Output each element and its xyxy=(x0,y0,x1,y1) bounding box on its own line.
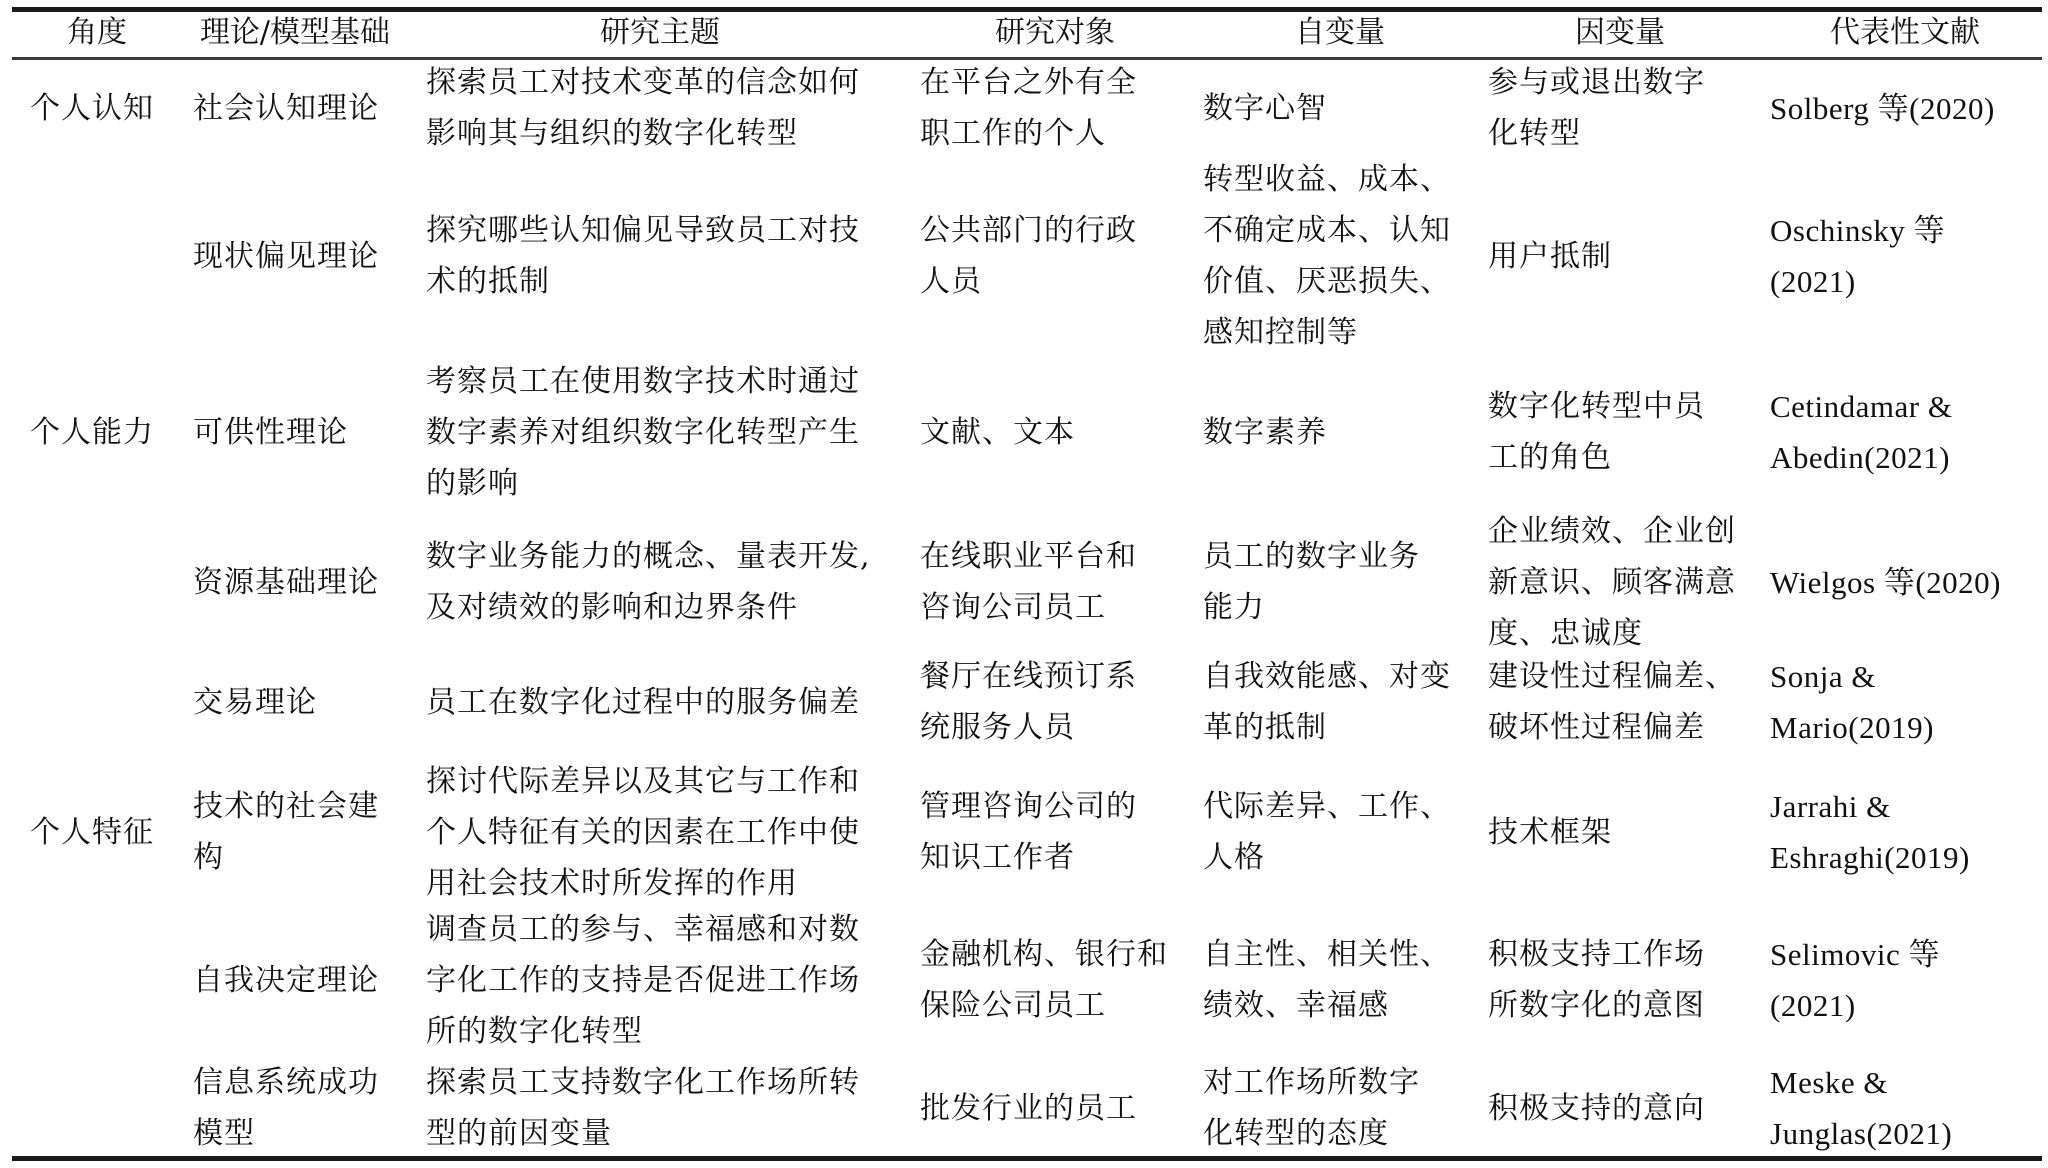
cell-line: 模型 xyxy=(193,1108,379,1159)
cell-line: 信息系统成功 xyxy=(193,1057,379,1108)
cell-dependent-variable: 建设性过程偏差、破坏性过程偏差 xyxy=(1488,651,1736,753)
cell-line: Sonja & xyxy=(1770,651,1934,702)
cell-line: Abedin(2021) xyxy=(1770,432,1952,483)
cell-line: 参与或退出数字 xyxy=(1488,57,1705,108)
cell-line: Meske & xyxy=(1770,1057,1952,1108)
cell-line: 探索员工支持数字化工作场所转 xyxy=(426,1057,860,1108)
cell-line: Jarrahi & xyxy=(1770,781,1970,832)
cell-line: 技术框架 xyxy=(1488,807,1612,858)
cell-line: Mario(2019) xyxy=(1770,702,1934,753)
cell-line: 价值、厌恶损失、 xyxy=(1203,256,1451,307)
cell-line: 人格 xyxy=(1203,832,1451,883)
header-iv: 自变量 xyxy=(1200,8,1480,58)
cell-line: 所的数字化转型 xyxy=(426,1006,860,1057)
cell-perspective: 个人认知 xyxy=(30,83,154,134)
cell-independent-variable: 自主性、相关性、绩效、幸福感 xyxy=(1203,929,1451,1031)
cell-line: 在平台之外有全 xyxy=(920,57,1137,108)
cell-line: 所数字化的意图 xyxy=(1488,980,1705,1031)
cell-line: 化转型的态度 xyxy=(1203,1108,1420,1159)
cell-line: 探究哪些认知偏见导致员工对技 xyxy=(426,205,860,256)
cell-subject: 管理咨询公司的知识工作者 xyxy=(920,781,1137,883)
cell-line: 探讨代际差异以及其它与工作和 xyxy=(426,756,860,807)
cell-line: 现状偏见理论 xyxy=(193,231,379,282)
cell-topic: 员工在数字化过程中的服务偏差 xyxy=(426,677,860,728)
cell-line: 保险公司员工 xyxy=(920,980,1168,1031)
cell-line: 能力 xyxy=(1203,582,1420,633)
cell-line: 职工作的个人 xyxy=(920,108,1137,159)
cell-line: Oschinsky 等 xyxy=(1770,205,1945,256)
cell-line: 技术的社会建 xyxy=(193,781,379,832)
cell-line: 自我决定理论 xyxy=(193,955,379,1006)
cell-subject: 批发行业的员工 xyxy=(920,1083,1137,1134)
cell-line: 文献、文本 xyxy=(920,407,1075,458)
cell-topic: 探索员工支持数字化工作场所转型的前因变量 xyxy=(426,1057,860,1159)
cell-perspective: 个人特征 xyxy=(30,807,154,858)
cell-line: 餐厅在线预订系 xyxy=(920,651,1137,702)
cell-line: 管理咨询公司的 xyxy=(920,781,1137,832)
cell-independent-variable: 员工的数字业务能力 xyxy=(1203,531,1420,633)
cell-line: 交易理论 xyxy=(193,677,317,728)
cell-line: 员工在数字化过程中的服务偏差 xyxy=(426,677,860,728)
cell-topic: 探讨代际差异以及其它与工作和个人特征有关的因素在工作中使用社会技术时所发挥的作用 xyxy=(426,756,860,909)
cell-reference: Cetindamar &Abedin(2021) xyxy=(1770,381,1952,483)
cell-line: 个人能力 xyxy=(30,407,154,458)
cell-line: 工的角色 xyxy=(1488,432,1705,483)
cell-line: 可供性理论 xyxy=(193,407,348,458)
cell-line: (2021) xyxy=(1770,256,1945,307)
cell-line: 影响其与组织的数字化转型 xyxy=(426,108,860,159)
header-dv: 因变量 xyxy=(1480,8,1760,58)
cell-dependent-variable: 积极支持的意向 xyxy=(1488,1083,1705,1134)
cell-line: 咨询公司员工 xyxy=(920,582,1137,633)
cell-line: 员工的数字业务 xyxy=(1203,531,1420,582)
cell-line: 自我效能感、对变 xyxy=(1203,651,1451,702)
cell-theory: 技术的社会建构 xyxy=(193,781,379,883)
cell-subject: 在平台之外有全职工作的个人 xyxy=(920,57,1137,159)
cell-line: 建设性过程偏差、 xyxy=(1488,651,1736,702)
cell-line: 考察员工在使用数字技术时通过 xyxy=(426,356,860,407)
cell-line: 数字业务能力的概念、量表开发, xyxy=(426,531,871,582)
cell-line: 金融机构、银行和 xyxy=(920,929,1168,980)
cell-line: 新意识、顾客满意 xyxy=(1488,557,1736,608)
cell-independent-variable: 数字素养 xyxy=(1203,407,1327,458)
cell-subject: 在线职业平台和咨询公司员工 xyxy=(920,531,1137,633)
cell-independent-variable: 自我效能感、对变革的抵制 xyxy=(1203,651,1451,753)
cell-line: 用社会技术时所发挥的作用 xyxy=(426,858,860,909)
cell-line: 在线职业平台和 xyxy=(920,531,1137,582)
cell-line: 化转型 xyxy=(1488,108,1705,159)
cell-line: 数字心智 xyxy=(1203,83,1327,134)
cell-dependent-variable: 数字化转型中员工的角色 xyxy=(1488,381,1705,483)
cell-topic: 调查员工的参与、幸福感和对数字化工作的支持是否促进工作场所的数字化转型 xyxy=(426,904,860,1057)
cell-theory: 资源基础理论 xyxy=(193,557,379,608)
cell-dependent-variable: 用户抵制 xyxy=(1488,231,1612,282)
cell-topic: 探索员工对技术变革的信念如何影响其与组织的数字化转型 xyxy=(426,57,860,159)
cell-reference: Meske &Junglas(2021) xyxy=(1770,1057,1952,1159)
cell-line: 公共部门的行政 xyxy=(920,205,1137,256)
cell-perspective: 个人能力 xyxy=(30,407,154,458)
cell-topic: 考察员工在使用数字技术时通过数字素养对组织数字化转型产生的影响 xyxy=(426,356,860,509)
cell-line: Selimovic 等 xyxy=(1770,929,1940,980)
cell-subject: 金融机构、银行和保险公司员工 xyxy=(920,929,1168,1031)
cell-topic: 数字业务能力的概念、量表开发,及对绩效的影响和边界条件 xyxy=(426,531,871,633)
cell-reference: Selimovic 等(2021) xyxy=(1770,929,1940,1031)
header-topic: 研究主题 xyxy=(420,8,900,58)
cell-dependent-variable: 积极支持工作场所数字化的意图 xyxy=(1488,929,1705,1031)
cell-line: 的影响 xyxy=(426,458,860,509)
cell-line: 用户抵制 xyxy=(1488,231,1612,282)
cell-line: 绩效、幸福感 xyxy=(1203,980,1451,1031)
header-perspective: 角度 xyxy=(22,8,172,58)
cell-line: 资源基础理论 xyxy=(193,557,379,608)
cell-subject: 文献、文本 xyxy=(920,407,1075,458)
cell-line: 统服务人员 xyxy=(920,702,1137,753)
cell-subject: 公共部门的行政人员 xyxy=(920,205,1137,307)
cell-reference: Jarrahi &Eshraghi(2019) xyxy=(1770,781,1970,883)
cell-line: 个人特征有关的因素在工作中使 xyxy=(426,807,860,858)
cell-line: 字化工作的支持是否促进工作场 xyxy=(426,955,860,1006)
cell-independent-variable: 转型收益、成本、不确定成本、认知价值、厌恶损失、感知控制等 xyxy=(1203,154,1451,358)
cell-line: Junglas(2021) xyxy=(1770,1108,1952,1159)
cell-line: 调查员工的参与、幸福感和对数 xyxy=(426,904,860,955)
cell-line: 社会认知理论 xyxy=(193,83,379,134)
cell-line: 转型收益、成本、 xyxy=(1203,154,1451,205)
cell-line: Eshraghi(2019) xyxy=(1770,832,1970,883)
cell-independent-variable: 数字心智 xyxy=(1203,83,1327,134)
header-subject: 研究对象 xyxy=(915,8,1195,58)
cell-line: 不确定成本、认知 xyxy=(1203,205,1451,256)
cell-theory: 现状偏见理论 xyxy=(193,231,379,282)
cell-dependent-variable: 企业绩效、企业创新意识、顾客满意度、忠诚度 xyxy=(1488,506,1736,659)
cell-reference: Solberg 等(2020) xyxy=(1770,83,1995,134)
cell-line: 破坏性过程偏差 xyxy=(1488,702,1736,753)
cell-line: 数字素养 xyxy=(1203,407,1327,458)
cell-line: 及对绩效的影响和边界条件 xyxy=(426,582,871,633)
cell-line: 术的抵制 xyxy=(426,256,860,307)
cell-line: 自主性、相关性、 xyxy=(1203,929,1451,980)
cell-reference: Sonja &Mario(2019) xyxy=(1770,651,1934,753)
cell-independent-variable: 对工作场所数字化转型的态度 xyxy=(1203,1057,1420,1159)
cell-theory: 自我决定理论 xyxy=(193,955,379,1006)
cell-line: Wielgos 等(2020) xyxy=(1770,557,2001,608)
cell-line: Solberg 等(2020) xyxy=(1770,83,1995,134)
cell-theory: 社会认知理论 xyxy=(193,83,379,134)
cell-line: 企业绩效、企业创 xyxy=(1488,506,1736,557)
cell-line: 积极支持的意向 xyxy=(1488,1083,1705,1134)
cell-subject: 餐厅在线预订系统服务人员 xyxy=(920,651,1137,753)
cell-line: 数字化转型中员 xyxy=(1488,381,1705,432)
cell-theory: 可供性理论 xyxy=(193,407,348,458)
cell-reference: Oschinsky 等(2021) xyxy=(1770,205,1945,307)
cell-topic: 探究哪些认知偏见导致员工对技术的抵制 xyxy=(426,205,860,307)
cell-line: 感知控制等 xyxy=(1203,307,1451,358)
cell-reference: Wielgos 等(2020) xyxy=(1770,557,2001,608)
cell-line: 数字素养对组织数字化转型产生 xyxy=(426,407,860,458)
cell-line: (2021) xyxy=(1770,980,1940,1031)
cell-line: 革的抵制 xyxy=(1203,702,1451,753)
cell-line: 批发行业的员工 xyxy=(920,1083,1137,1134)
cell-line: 型的前因变量 xyxy=(426,1108,860,1159)
cell-theory: 信息系统成功模型 xyxy=(193,1057,379,1159)
cell-line: 人员 xyxy=(920,256,1137,307)
cell-theory: 交易理论 xyxy=(193,677,317,728)
header-reference: 代表性文献 xyxy=(1765,8,2045,58)
cell-line: Cetindamar & xyxy=(1770,381,1952,432)
cell-line: 对工作场所数字 xyxy=(1203,1057,1420,1108)
cell-dependent-variable: 参与或退出数字化转型 xyxy=(1488,57,1705,159)
cell-independent-variable: 代际差异、工作、人格 xyxy=(1203,781,1451,883)
cell-line: 探索员工对技术变革的信念如何 xyxy=(426,57,860,108)
header-theory: 理论/模型基础 xyxy=(185,8,405,58)
cell-dependent-variable: 技术框架 xyxy=(1488,807,1612,858)
cell-line: 个人认知 xyxy=(30,83,154,134)
cell-line: 个人特征 xyxy=(30,807,154,858)
cell-line: 构 xyxy=(193,832,379,883)
cell-line: 积极支持工作场 xyxy=(1488,929,1705,980)
cell-line: 知识工作者 xyxy=(920,832,1137,883)
cell-line: 代际差异、工作、 xyxy=(1203,781,1451,832)
